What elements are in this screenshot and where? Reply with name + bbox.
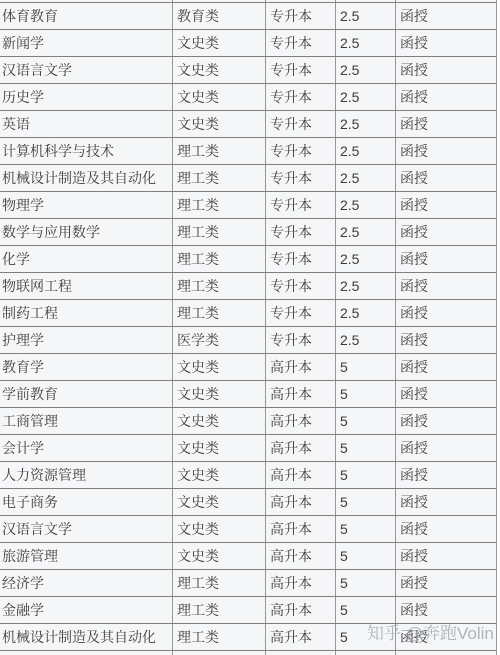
category-cell: 理工类 <box>173 624 266 650</box>
mode-cell: 函授 <box>396 624 497 650</box>
category-cell: 文史类 <box>173 489 266 515</box>
duration-cell: 5 <box>336 597 396 623</box>
duration-cell: 2.5 <box>336 273 396 299</box>
level-cell: 高升本 <box>266 489 336 515</box>
duration-cell: 2.5 <box>336 219 396 245</box>
category-cell: 文史类 <box>173 435 266 461</box>
table-row: 金融学 理工类 高升本 5 函授 <box>0 597 497 624</box>
table-row: 汉语言文学 文史类 高升本 5 函授 <box>0 516 497 543</box>
category-cell: 理工类 <box>173 273 266 299</box>
table-row: 数学与应用数学 理工类 专升本 2.5 函授 <box>0 219 497 246</box>
major-cell: 机械设计制造及其自动化 <box>0 165 173 191</box>
partial-row-bottom <box>0 651 497 655</box>
duration-cell: 2.5 <box>336 300 396 326</box>
level-cell: 专升本 <box>266 327 336 353</box>
mode-cell: 函授 <box>396 489 497 515</box>
table-row: 学前教育 文史类 高升本 5 函授 <box>0 381 497 408</box>
table-row: 制药工程 理工类 专升本 2.5 函授 <box>0 300 497 327</box>
mode-cell: 函授 <box>396 273 497 299</box>
category-cell: 教育类 <box>173 3 266 29</box>
major-cell: 旅游管理 <box>0 543 173 569</box>
table-row: 物理学 理工类 专升本 2.5 函授 <box>0 192 497 219</box>
level-cell: 高升本 <box>266 435 336 461</box>
major-cell: 会计学 <box>0 435 173 461</box>
table-row: 计算机科学与技术 理工类 专升本 2.5 函授 <box>0 138 497 165</box>
major-cell: 机械设计制造及其自动化 <box>0 624 173 650</box>
mode-cell: 函授 <box>396 219 497 245</box>
table-row: 教育学 文史类 高升本 5 函授 <box>0 354 497 381</box>
level-cell: 专升本 <box>266 165 336 191</box>
table-row: 物联网工程 理工类 专升本 2.5 函授 <box>0 273 497 300</box>
mode-cell: 函授 <box>396 543 497 569</box>
mode-cell: 函授 <box>396 570 497 596</box>
level-cell: 高升本 <box>266 597 336 623</box>
duration-cell: 5 <box>336 624 396 650</box>
duration-cell: 5 <box>336 408 396 434</box>
major-cell: 历史学 <box>0 84 173 110</box>
mode-cell: 函授 <box>396 462 497 488</box>
level-cell: 高升本 <box>266 408 336 434</box>
table-row: 机械设计制造及其自动化 理工类 高升本 5 函授 <box>0 624 497 651</box>
category-cell: 理工类 <box>173 192 266 218</box>
category-cell: 医学类 <box>173 327 266 353</box>
major-cell: 汉语言文学 <box>0 57 173 83</box>
mode-cell: 函授 <box>396 138 497 164</box>
level-cell: 专升本 <box>266 30 336 56</box>
level-cell: 高升本 <box>266 543 336 569</box>
table-row: 经济学 理工类 高升本 5 函授 <box>0 570 497 597</box>
duration-cell: 5 <box>336 516 396 542</box>
table-row: 汉语言文学 文史类 专升本 2.5 函授 <box>0 57 497 84</box>
category-cell <box>173 0 266 2</box>
table-row: 历史学 文史类 专升本 2.5 函授 <box>0 84 497 111</box>
mode-cell: 函授 <box>396 192 497 218</box>
duration-cell: 5 <box>336 543 396 569</box>
category-cell: 理工类 <box>173 300 266 326</box>
category-cell: 文史类 <box>173 543 266 569</box>
duration-cell: 2.5 <box>336 327 396 353</box>
major-cell: 数学与应用数学 <box>0 219 173 245</box>
table-row: 化学 理工类 专升本 2.5 函授 <box>0 246 497 273</box>
category-cell: 文史类 <box>173 111 266 137</box>
table-row: 英语 文史类 专升本 2.5 函授 <box>0 111 497 138</box>
table-screenshot: 体育教育 教育类 专升本 2.5 函授 新闻学 文史类 专升本 2.5 函授 汉… <box>0 0 500 655</box>
duration-cell: 2.5 <box>336 30 396 56</box>
duration-cell: 2.5 <box>336 165 396 191</box>
mode-cell: 函授 <box>396 3 497 29</box>
mode-cell: 函授 <box>396 381 497 407</box>
major-cell: 化学 <box>0 246 173 272</box>
major-cell: 物理学 <box>0 192 173 218</box>
duration-cell: 2.5 <box>336 3 396 29</box>
table-row: 旅游管理 文史类 高升本 5 函授 <box>0 543 497 570</box>
level-cell: 专升本 <box>266 273 336 299</box>
mode-cell: 函授 <box>396 111 497 137</box>
majors-table-body: 体育教育 教育类 专升本 2.5 函授 新闻学 文史类 专升本 2.5 函授 汉… <box>0 3 497 651</box>
category-cell: 文史类 <box>173 381 266 407</box>
level-cell: 高升本 <box>266 624 336 650</box>
category-cell <box>173 651 266 655</box>
category-cell: 文史类 <box>173 354 266 380</box>
major-cell: 电子商务 <box>0 489 173 515</box>
table-row: 会计学 文史类 高升本 5 函授 <box>0 435 497 462</box>
level-cell: 专升本 <box>266 219 336 245</box>
mode-cell: 函授 <box>396 408 497 434</box>
table-row: 护理学 医学类 专升本 2.5 函授 <box>0 327 497 354</box>
mode-cell: 函授 <box>396 354 497 380</box>
level-cell: 高升本 <box>266 354 336 380</box>
major-cell: 护理学 <box>0 327 173 353</box>
major-cell: 学前教育 <box>0 381 173 407</box>
major-cell: 新闻学 <box>0 30 173 56</box>
category-cell: 理工类 <box>173 138 266 164</box>
duration-cell: 2.5 <box>336 84 396 110</box>
major-cell: 人力资源管理 <box>0 462 173 488</box>
duration-cell: 5 <box>336 489 396 515</box>
category-cell: 文史类 <box>173 30 266 56</box>
mode-cell: 函授 <box>396 165 497 191</box>
mode-cell: 函授 <box>396 300 497 326</box>
table-row: 新闻学 文史类 专升本 2.5 函授 <box>0 30 497 57</box>
level-cell: 高升本 <box>266 462 336 488</box>
mode-cell <box>396 651 497 655</box>
level-cell: 专升本 <box>266 3 336 29</box>
major-cell <box>0 0 173 2</box>
mode-cell: 函授 <box>396 597 497 623</box>
mode-cell <box>396 0 497 2</box>
table-row: 人力资源管理 文史类 高升本 5 函授 <box>0 462 497 489</box>
duration-cell: 5 <box>336 354 396 380</box>
table-row: 电子商务 文史类 高升本 5 函授 <box>0 489 497 516</box>
level-cell: 高升本 <box>266 381 336 407</box>
mode-cell: 函授 <box>396 246 497 272</box>
mode-cell: 函授 <box>396 516 497 542</box>
major-cell: 计算机科学与技术 <box>0 138 173 164</box>
mode-cell: 函授 <box>396 30 497 56</box>
duration-cell: 5 <box>336 435 396 461</box>
level-cell: 专升本 <box>266 300 336 326</box>
level-cell: 专升本 <box>266 246 336 272</box>
mode-cell: 函授 <box>396 435 497 461</box>
duration-cell: 2.5 <box>336 138 396 164</box>
duration-cell <box>336 0 396 2</box>
majors-table: 体育教育 教育类 专升本 2.5 函授 新闻学 文史类 专升本 2.5 函授 汉… <box>0 0 497 655</box>
level-cell <box>266 651 336 655</box>
duration-cell: 5 <box>336 462 396 488</box>
category-cell: 文史类 <box>173 408 266 434</box>
category-cell: 文史类 <box>173 84 266 110</box>
level-cell: 专升本 <box>266 138 336 164</box>
level-cell: 高升本 <box>266 516 336 542</box>
mode-cell: 函授 <box>396 327 497 353</box>
table-row: 机械设计制造及其自动化 理工类 专升本 2.5 函授 <box>0 165 497 192</box>
duration-cell: 5 <box>336 381 396 407</box>
category-cell: 文史类 <box>173 516 266 542</box>
category-cell: 理工类 <box>173 246 266 272</box>
major-cell: 经济学 <box>0 570 173 596</box>
duration-cell: 2.5 <box>336 57 396 83</box>
major-cell: 工商管理 <box>0 408 173 434</box>
category-cell: 理工类 <box>173 597 266 623</box>
level-cell: 专升本 <box>266 84 336 110</box>
major-cell <box>0 651 173 655</box>
mode-cell: 函授 <box>396 84 497 110</box>
major-cell: 英语 <box>0 111 173 137</box>
duration-cell: 2.5 <box>336 246 396 272</box>
major-cell: 教育学 <box>0 354 173 380</box>
level-cell: 专升本 <box>266 192 336 218</box>
category-cell: 文史类 <box>173 57 266 83</box>
duration-cell: 5 <box>336 570 396 596</box>
major-cell: 金融学 <box>0 597 173 623</box>
major-cell: 物联网工程 <box>0 273 173 299</box>
major-cell: 汉语言文学 <box>0 516 173 542</box>
level-cell: 高升本 <box>266 570 336 596</box>
level-cell: 专升本 <box>266 57 336 83</box>
category-cell: 理工类 <box>173 165 266 191</box>
major-cell: 体育教育 <box>0 3 173 29</box>
major-cell: 制药工程 <box>0 300 173 326</box>
duration-cell: 2.5 <box>336 111 396 137</box>
category-cell: 理工类 <box>173 219 266 245</box>
duration-cell <box>336 651 396 655</box>
category-cell: 理工类 <box>173 570 266 596</box>
mode-cell: 函授 <box>396 57 497 83</box>
level-cell <box>266 0 336 2</box>
table-row: 工商管理 文史类 高升本 5 函授 <box>0 408 497 435</box>
duration-cell: 2.5 <box>336 192 396 218</box>
level-cell: 专升本 <box>266 111 336 137</box>
category-cell: 文史类 <box>173 462 266 488</box>
table-row: 体育教育 教育类 专升本 2.5 函授 <box>0 3 497 30</box>
